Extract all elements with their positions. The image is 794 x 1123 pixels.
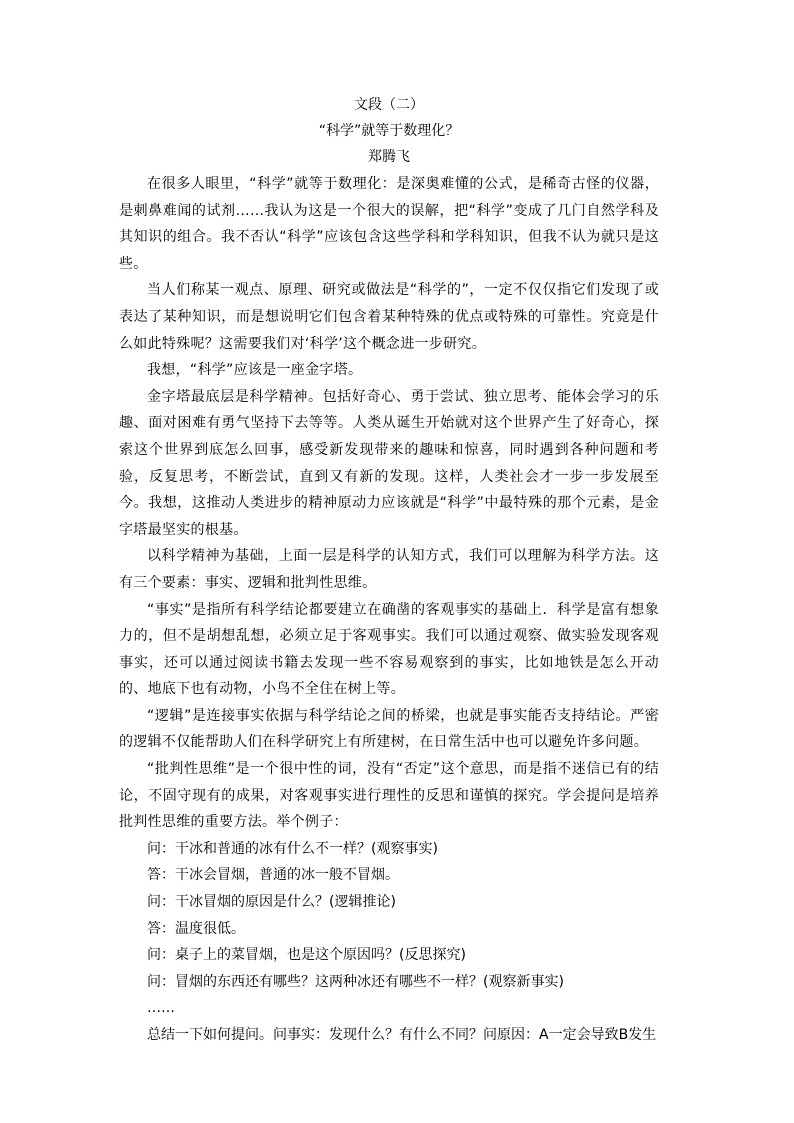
dialogue-line: 问：冒烟的东西还有哪些？这两种冰还有哪些不一样？(观察新事实)	[119, 969, 659, 996]
paragraph: 当人们称某一观点、原理、研究或做法是“科学的”，一定不仅仅指它们发现了或表达了某…	[119, 277, 659, 357]
article-body: 在很多人眼里，“科学”就等于数理化：是深奥难懂的公式，是稀奇古怪的仪器，是刺鼻难…	[119, 171, 659, 1049]
article-title: “科学”就等于数理化？	[119, 118, 659, 144]
section-label: 文段（二）	[119, 92, 659, 118]
paragraph: 在很多人眼里，“科学”就等于数理化：是深奥难懂的公式，是稀奇古怪的仪器，是刺鼻难…	[119, 171, 659, 277]
dialogue-line: 问：桌子上的菜冒烟，也是这个原因吗？(反思探究)	[119, 942, 659, 969]
dialogue-line: 答：干冰会冒烟，普通的冰一般不冒烟。	[119, 862, 659, 889]
paragraph: 金字塔最底层是科学精神。包括好奇心、勇于尝试、独立思考、能体会学习的乐趣、面对困…	[119, 384, 659, 544]
paragraph: “批判性思维”是一个很中性的词，没有“否定”这个意思，而是指不迷信已有的结论，不…	[119, 756, 659, 836]
paragraph: 我想，“科学”应该是一座金字塔。	[119, 357, 659, 384]
dialogue-line: 问：干冰和普通的冰有什么不一样？(观察事实)	[119, 836, 659, 863]
article-author: 郑腾飞	[119, 144, 659, 170]
dialogue-line: 答：温度很低。	[119, 916, 659, 943]
dialogue-line: 问：干冰冒烟的原因是什么？(逻辑推论)	[119, 889, 659, 916]
summary-line: 总结一下如何提问。问事实：发现什么？有什么不同？问原因：A一定会导致B发生	[119, 1022, 659, 1049]
dialogue-ellipsis: ……	[119, 995, 659, 1022]
paragraph: 以科学精神为基础，上面一层是科学的认知方式，我们可以理解为科学方法。这有三个要素…	[119, 543, 659, 596]
paragraph: “逻辑”是连接事实依据与科学结论之间的桥梁，也就是事实能否支持结论。严密的逻辑不…	[119, 703, 659, 756]
paragraph: “事实”是指所有科学结论都要建立在确凿的客观事实的基础上．科学是富有想象力的，但…	[119, 597, 659, 703]
document-page: 文段（二） “科学”就等于数理化？ 郑腾飞 在很多人眼里，“科学”就等于数理化：…	[119, 92, 659, 1049]
